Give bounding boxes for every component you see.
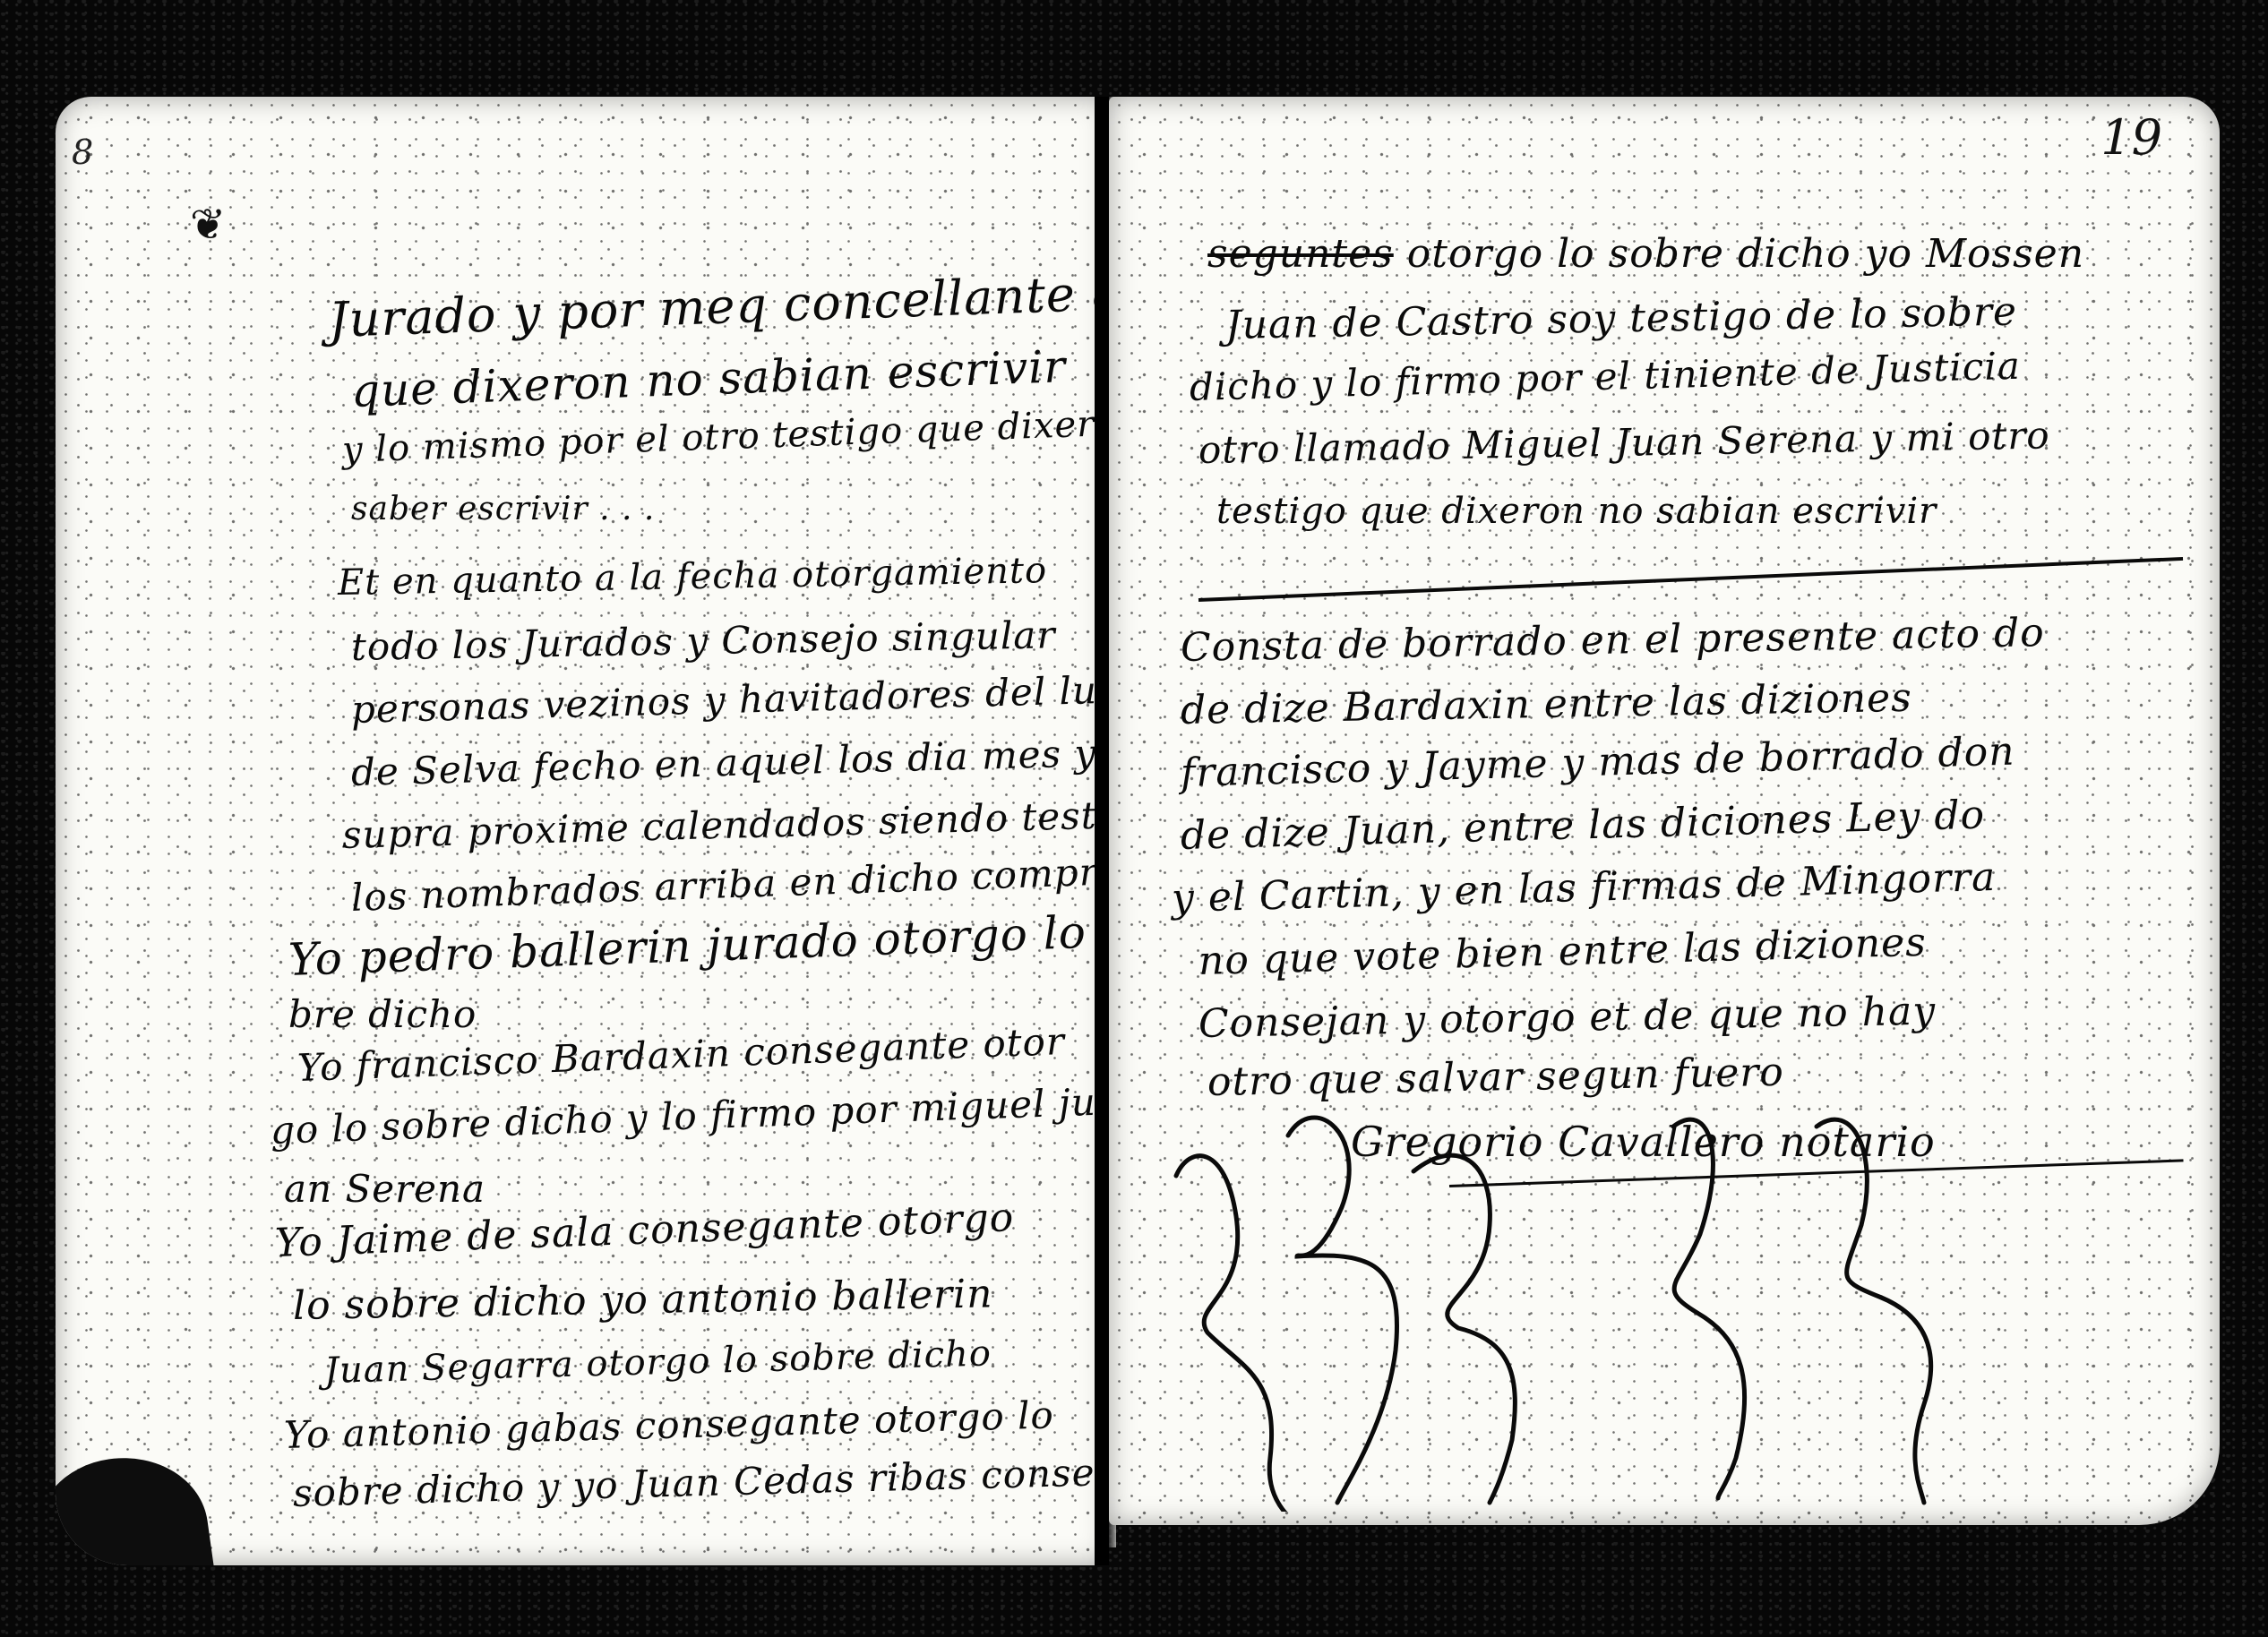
page-gutter	[1095, 97, 1109, 1565]
right-page: 19 seguntes otorgo lo sobre dicho yo Mos…	[1109, 97, 2220, 1525]
section-divider-line	[1198, 557, 2183, 602]
ornament-icon: ❦	[190, 200, 226, 250]
manuscript-line: Jurado y por meq concellante &	[328, 264, 1109, 348]
manuscript-line: seguntes otorgo lo sobre dicho yo Mossen	[1207, 231, 2084, 277]
manuscript-line: sobre dicho y yo Juan Cedas ribas conseg…	[292, 1449, 1109, 1515]
manuscript-line: saber escrivir . . .	[351, 491, 655, 527]
manuscript-line: testigo que dixeron no sabian escrivir	[1216, 491, 1937, 532]
notary-note-line: de dize Bardaxin entre las diziones	[1181, 675, 1913, 733]
left-margin-mark: 8	[72, 133, 93, 172]
notary-note-line: y el Cartin, y en las firmas de Mingorra	[1171, 854, 1997, 921]
left-page: 8 ❦ Jurado y por meq concellante & que d…	[56, 97, 1109, 1565]
manuscript-line: Et en quanto a la fecha otorgamiento	[338, 550, 1048, 604]
manuscript-line: Juan Segarra otorgo lo sobre dicho	[323, 1333, 992, 1392]
manuscript-line: go lo sobre dicho y lo firmo por miguel …	[270, 1080, 1096, 1153]
manuscript-line: otro llamado Miguel Juan Serena y mi otr…	[1198, 413, 2050, 472]
folio-number: 19	[2100, 109, 2162, 166]
notary-note-line: de dize Juan, entre las diciones Ley do	[1180, 792, 1985, 858]
notary-note-line: no que vote bien entre las diziones	[1198, 920, 1927, 984]
manuscript-line: dicho y lo firmo por el tiniente de Just…	[1189, 344, 2021, 409]
closing-flourishes-icon	[1136, 1082, 2193, 1512]
manuscript-text: otorgo lo sobre dicho yo Mossen	[1407, 231, 2084, 277]
ink-blot-corner	[56, 1447, 217, 1565]
manuscript-line: todo los Jurados y Consejo singular	[351, 613, 1056, 669]
manuscript-line: Yo antonio gabas consegante otorgo lo	[283, 1393, 1054, 1456]
manuscript-line: que dixeron no sabian escrivir	[350, 340, 1067, 417]
manuscript-line: an Serena	[284, 1167, 485, 1211]
manuscript-line: personas vezinos y havitadores del lugar	[350, 666, 1109, 732]
manuscript-line: lo sobre dicho yo antonio ballerin	[293, 1271, 993, 1329]
notary-note-line: Consta de borrado en el presente acto do	[1181, 610, 2046, 671]
notary-note-line: Consejan y otorgo et de que no hay	[1198, 989, 1937, 1047]
manuscript-line: bre dicho	[288, 992, 477, 1036]
struck-word: seguntes	[1207, 231, 1394, 277]
manuscript-line: supra proxime calendados siendo testigos	[341, 792, 1109, 857]
manuscript-line: Juan de Castro soy testigo de lo sobre	[1225, 289, 2018, 348]
notary-note-line: francisco y Jayme y mas de borrado don	[1180, 729, 2015, 796]
manuscript-line: de Selva fecho en aquel los dia mes y añ…	[350, 729, 1109, 794]
